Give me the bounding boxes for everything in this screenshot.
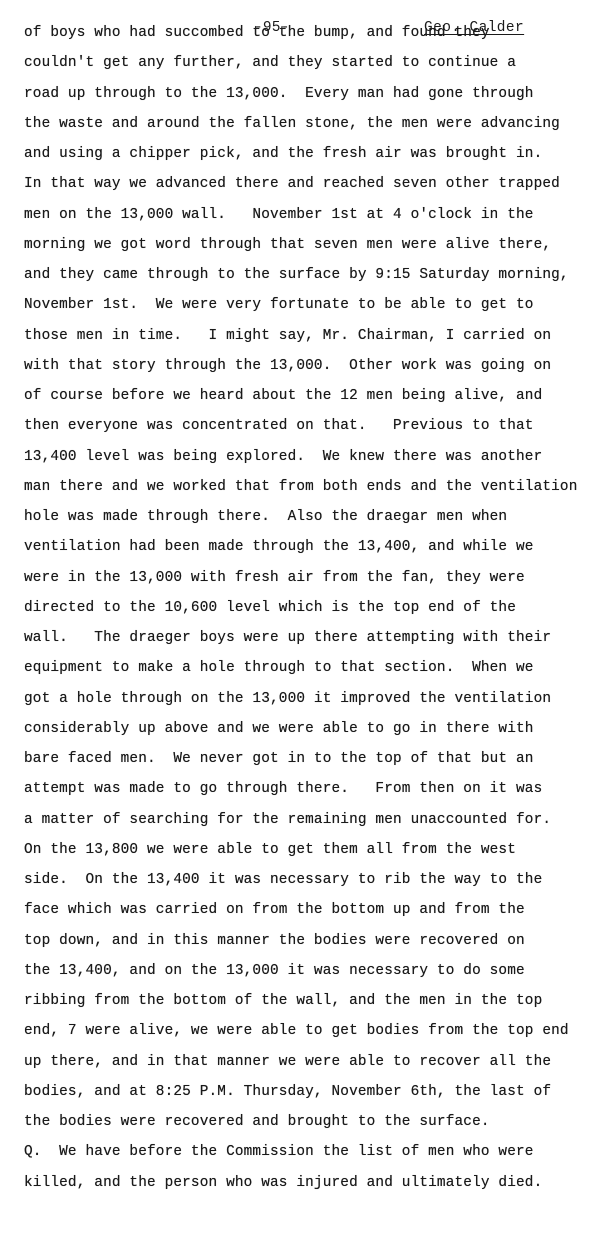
transcript-line: the bodies were recovered and brought to… [24, 1112, 610, 1142]
transcript-line: face which was carried on from the botto… [24, 900, 610, 930]
transcript-line: ribbing from the bottom of the wall, and… [24, 991, 610, 1021]
transcript-line: morning we got word through that seven m… [24, 235, 610, 265]
transcript-line: bodies, and at 8:25 P.M. Thursday, Novem… [24, 1082, 610, 1112]
transcript-line: road up through to the 13,000. Every man… [24, 84, 610, 114]
transcript-line: couldn't get any further, and they start… [24, 53, 610, 83]
transcript-line: of boys who had succombed to the bump, a… [24, 23, 610, 53]
transcript-line: killed, and the person who was injured a… [24, 1173, 610, 1203]
transcript-line: wall. The draeger boys were up there att… [24, 628, 610, 658]
transcript-line: ventilation had been made through the 13… [24, 537, 610, 567]
transcript-line: the waste and around the fallen stone, t… [24, 114, 610, 144]
transcript-line: and they came through to the surface by … [24, 265, 610, 295]
transcript-line: and using a chipper pick, and the fresh … [24, 144, 610, 174]
transcript-body: of boys who had succombed to the bump, a… [24, 23, 610, 1203]
transcript-line: top down, and in this manner the bodies … [24, 931, 610, 961]
transcript-line: of course before we heard about the 12 m… [24, 386, 610, 416]
transcript-line: November 1st. We were very fortunate to … [24, 295, 610, 325]
transcript-line: men on the 13,000 wall. November 1st at … [24, 205, 610, 235]
transcript-line: bare faced men. We never got in to the t… [24, 749, 610, 779]
transcript-line: considerably up above and we were able t… [24, 719, 610, 749]
transcript-line: got a hole through on the 13,000 it impr… [24, 689, 610, 719]
transcript-line: In that way we advanced there and reache… [24, 174, 610, 204]
transcript-line: attempt was made to go through there. Fr… [24, 779, 610, 809]
transcript-line: directed to the 10,600 level which is th… [24, 598, 610, 628]
transcript-line: then everyone was concentrated on that. … [24, 416, 610, 446]
transcript-line: 13,400 level was being explored. We knew… [24, 447, 610, 477]
transcript-line: end, 7 were alive, we were able to get b… [24, 1021, 610, 1051]
transcript-line: were in the 13,000 with fresh air from t… [24, 568, 610, 598]
transcript-line: up there, and in that manner we were abl… [24, 1052, 610, 1082]
transcript-line: those men in time. I might say, Mr. Chai… [24, 326, 610, 356]
transcript-line: the 13,400, and on the 13,000 it was nec… [24, 961, 610, 991]
transcript-line: a matter of searching for the remaining … [24, 810, 610, 840]
transcript-line: side. On the 13,400 it was necessary to … [24, 870, 610, 900]
transcript-line: On the 13,800 we were able to get them a… [24, 840, 610, 870]
transcript-line: Q. We have before the Commission the lis… [24, 1142, 610, 1172]
transcript-line: equipment to make a hole through to that… [24, 658, 610, 688]
transcript-line: man there and we worked that from both e… [24, 477, 610, 507]
transcript-line: hole was made through there. Also the dr… [24, 507, 610, 537]
transcript-line: with that story through the 13,000. Othe… [24, 356, 610, 386]
